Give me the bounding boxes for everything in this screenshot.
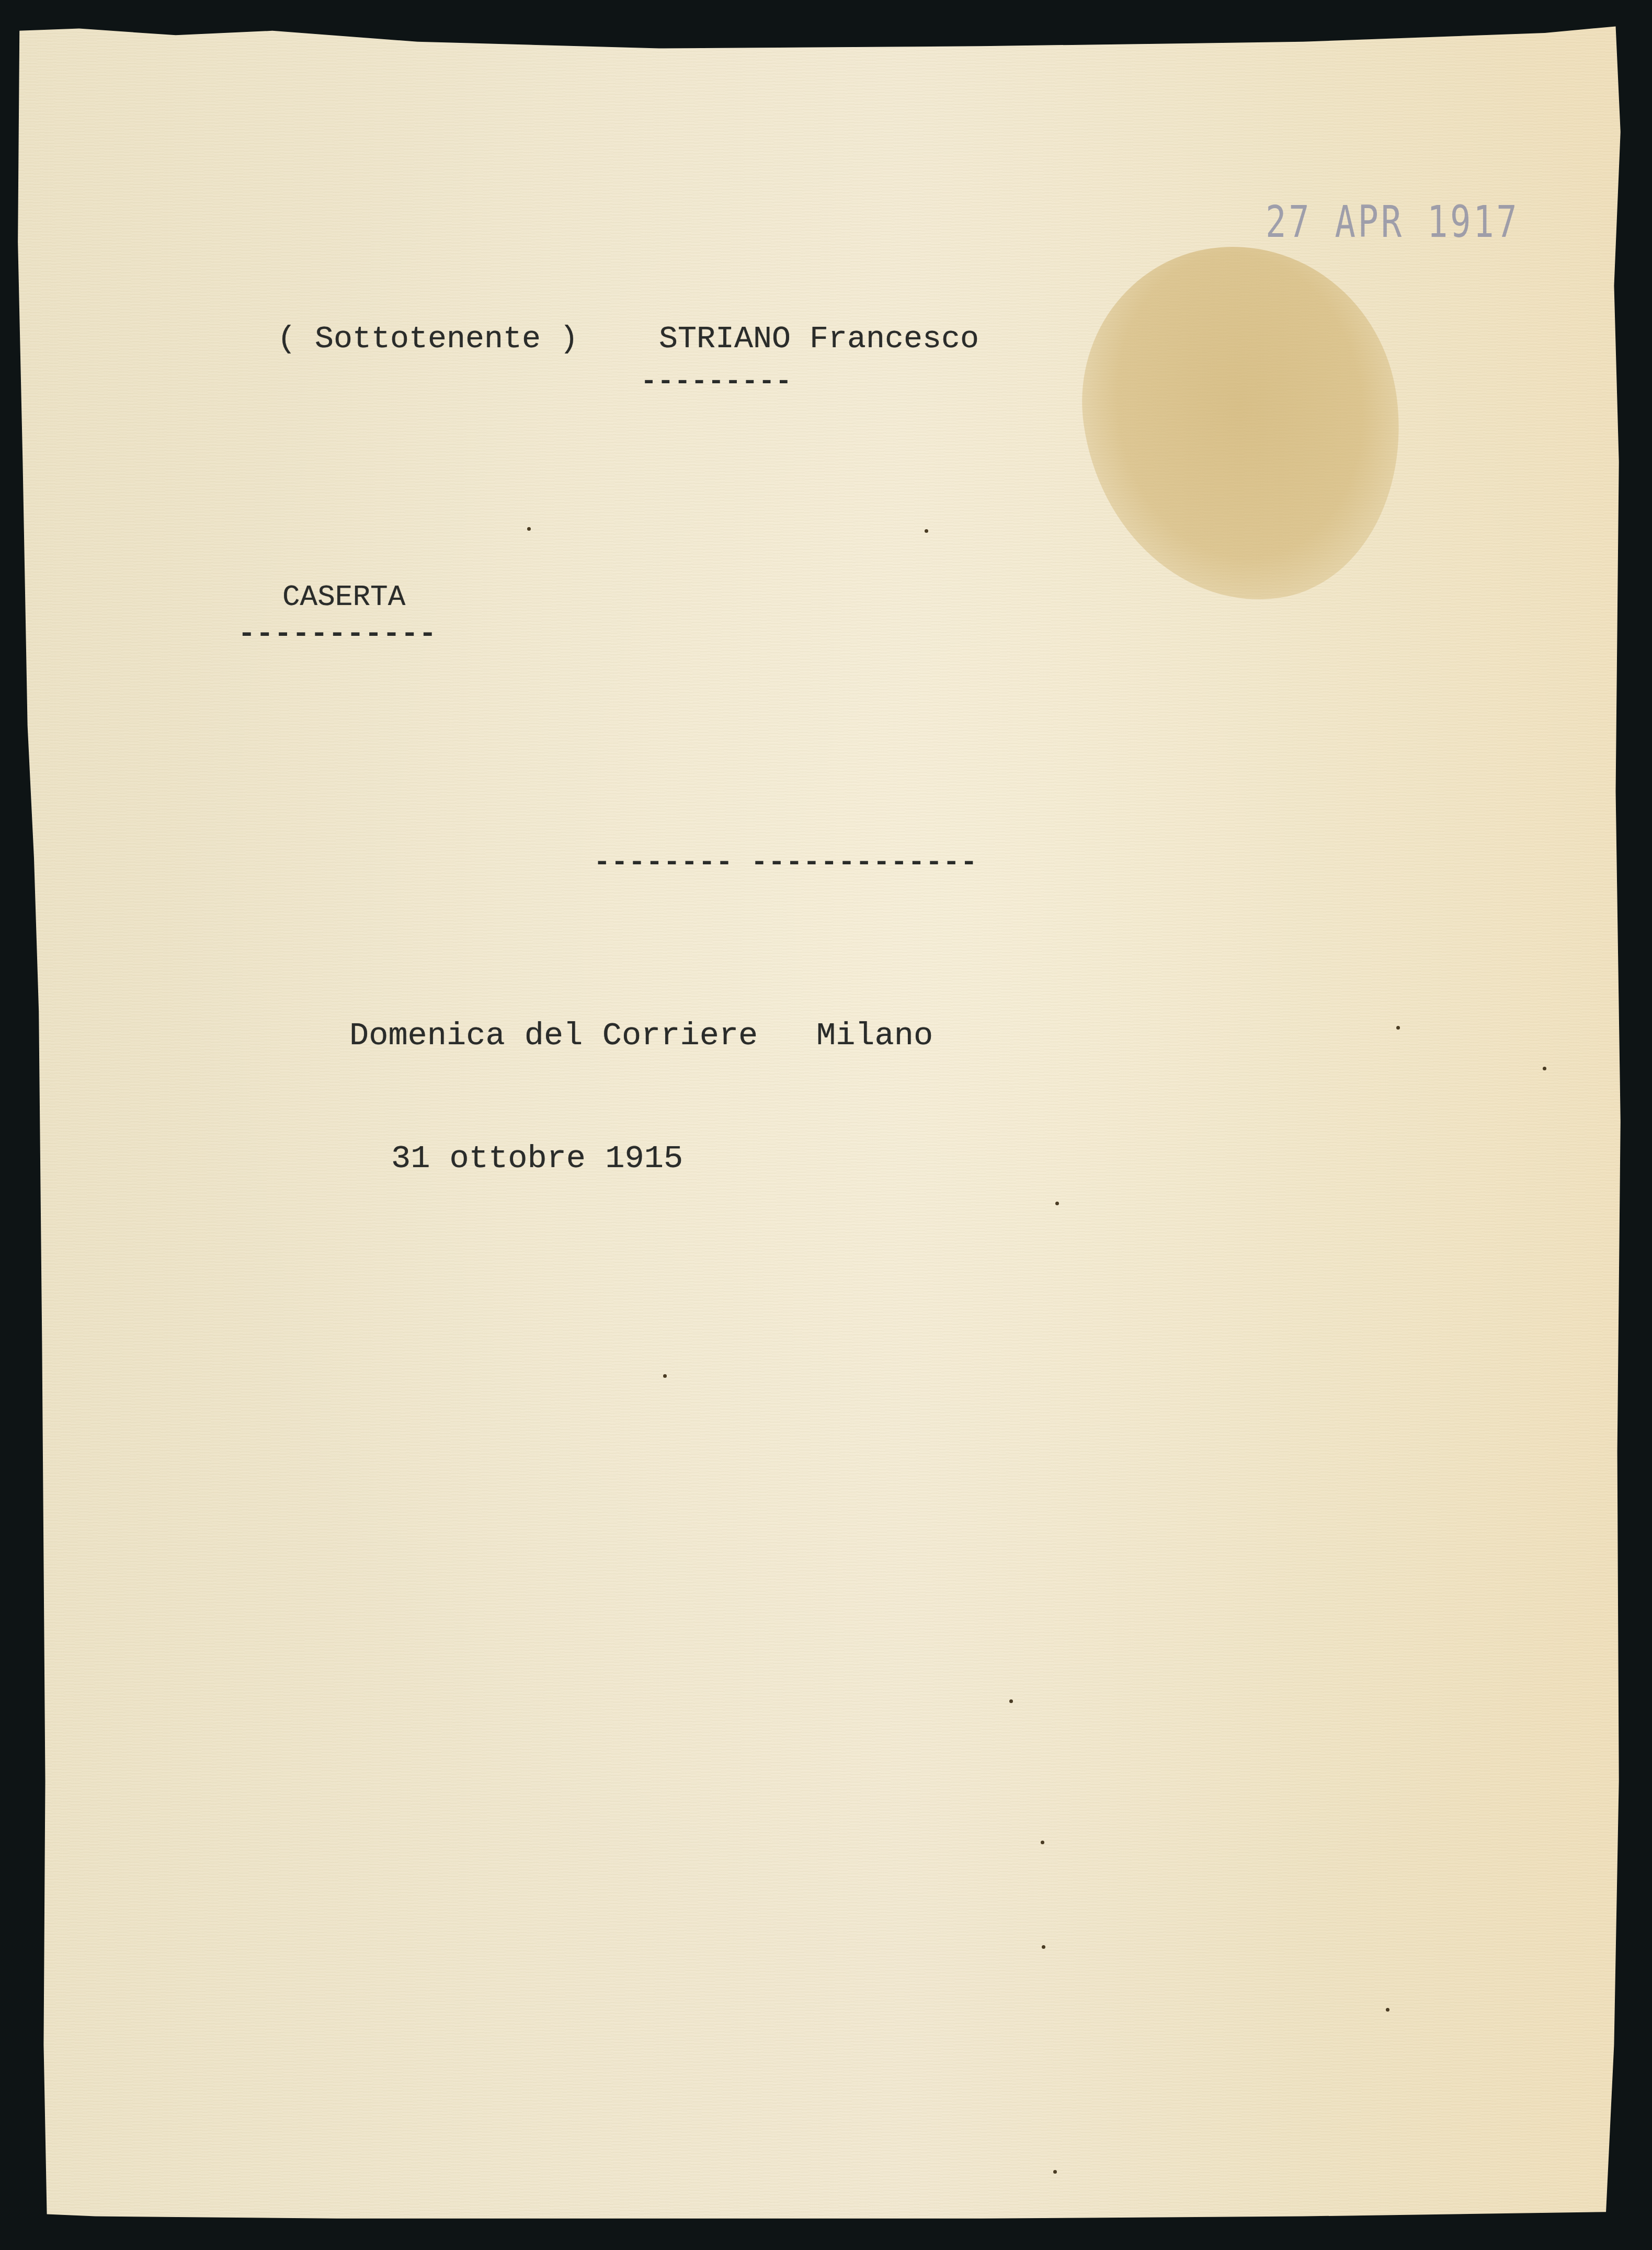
paper-speck [1055,1202,1059,1205]
paper-speck [527,527,531,531]
publication-source: Domenica del Corriere Milano [349,1017,933,1054]
paper-speck [1042,1945,1045,1949]
city-underline: ----------- [238,617,437,650]
paper-speck [663,1374,667,1378]
rank-text: ( Sottotenente ) [277,322,578,357]
scanned-document: 27 APR 1917 ( Sottotenente ) STRIANO Fra… [0,0,1652,2250]
paper-speck [1053,2170,1057,2174]
name-underline: --------- [641,366,792,397]
paper-speck [925,529,928,533]
section-separator: -------- ------------- [594,847,978,879]
paper-speck [1009,1699,1013,1703]
paper-speck [1543,1067,1546,1070]
paper-speck [1041,1841,1044,1844]
date-stamp: 27 APR 1917 [1266,196,1519,247]
paper-speck [1386,2008,1389,2012]
paper-speck [1396,1026,1400,1030]
city-heading: CASERTA [282,580,405,614]
publication-date: 31 ottobre 1915 [391,1140,683,1177]
person-name: STRIANO Francesco [659,322,979,357]
